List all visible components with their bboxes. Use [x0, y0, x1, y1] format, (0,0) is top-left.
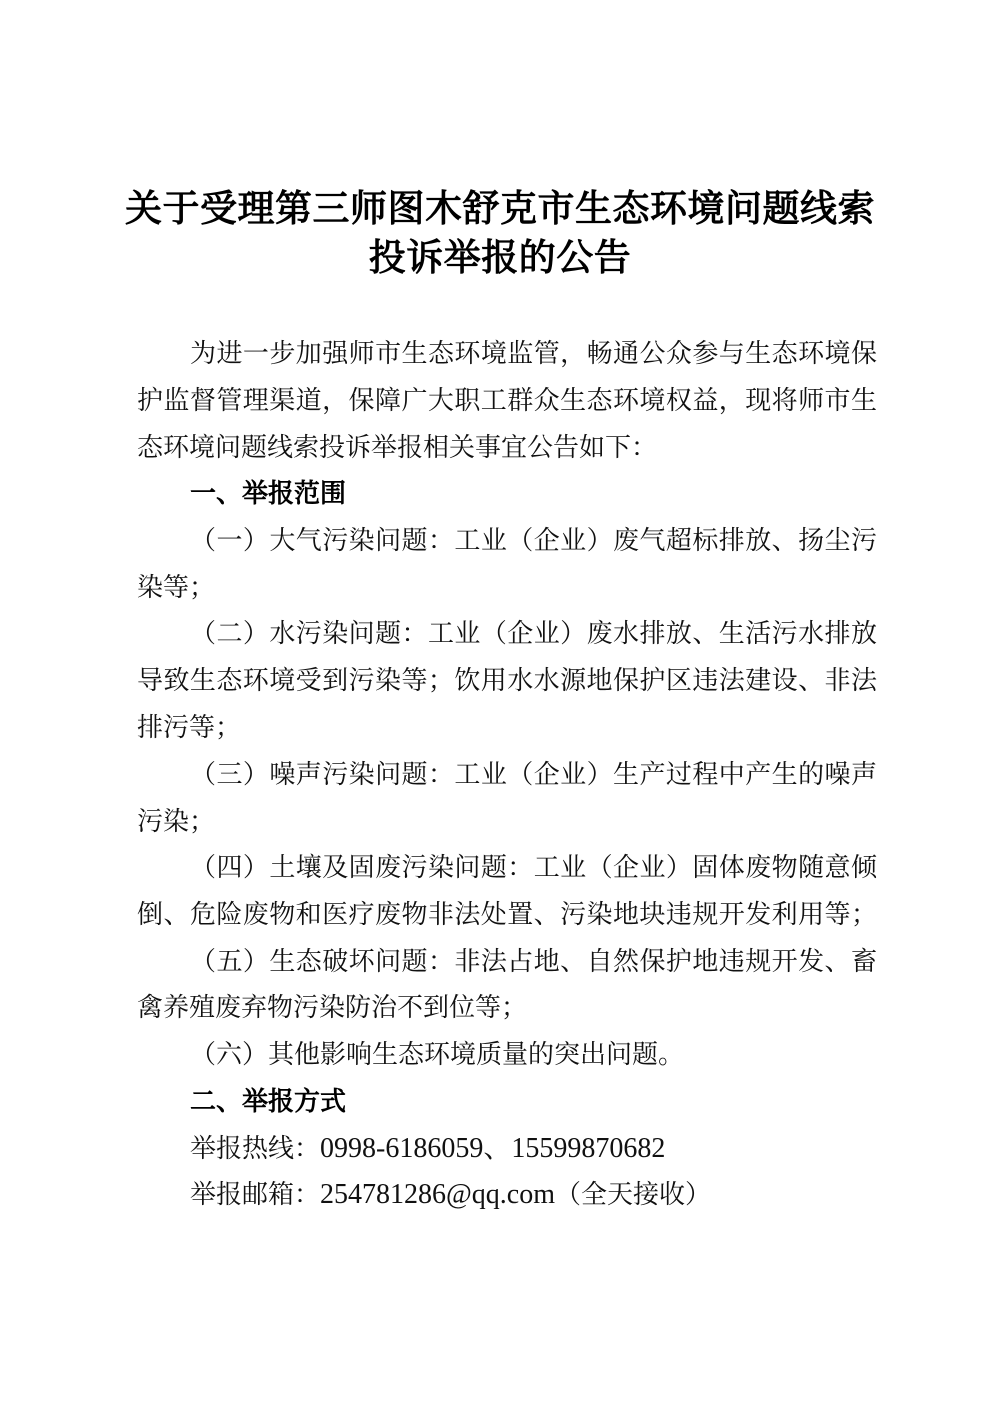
scope-item-3-line-2: 污染； — [137, 804, 877, 840]
document-title-line-1: 关于受理第三师图木舒克市生态环境问题线索 — [0, 183, 1000, 233]
email-note: （全天接收） — [555, 1180, 711, 1210]
intro-paragraph-line-2: 护监督管理渠道，保障广大职工群众生态环境权益，现将师市生 — [137, 383, 877, 419]
scope-item-5-line-1: （五）生态破坏问题：非法占地、自然保护地违规开发、畜 — [190, 944, 877, 980]
scope-item-5-line-2: 禽养殖废弃物污染防治不到位等； — [137, 990, 877, 1026]
hotline-label: 举报热线： — [190, 1134, 320, 1164]
scope-item-2-line-2: 导致生态环境受到污染等；饮用水水源地保护区违法建设、非法 — [137, 663, 877, 699]
intro-paragraph-line-1: 为进一步加强师市生态环境监管，畅通公众参与生态环境保 — [190, 336, 877, 372]
scope-item-3-line-1: （三）噪声污染问题：工业（企业）生产过程中产生的噪声 — [190, 757, 877, 793]
section-heading-scope: 一、举报范围 — [190, 476, 346, 512]
email-row: 举报邮箱：254781286@qq.com（全天接收） — [190, 1177, 711, 1213]
scope-item-4-line-2: 倒、危险废物和医疗废物非法处置、污染地块违规开发利用等； — [137, 897, 877, 933]
scope-item-2-line-1: （二）水污染问题：工业（企业）废水排放、生活污水排放 — [190, 616, 877, 652]
scope-item-1-line-2: 染等； — [137, 570, 877, 606]
hotline-row: 举报热线：0998-6186059、15599870682 — [190, 1131, 665, 1167]
intro-paragraph-line-3: 态环境问题线索投诉举报相关事宜公告如下： — [137, 430, 877, 466]
section-heading-methods: 二、举报方式 — [190, 1084, 346, 1120]
email-label: 举报邮箱： — [190, 1180, 320, 1210]
document-page: 关于受理第三师图木舒克市生态环境问题线索 投诉举报的公告 为进一步加强师市生态环… — [0, 0, 1000, 1414]
scope-item-4-line-1: （四）土壤及固废污染问题：工业（企业）固体废物随意倾 — [190, 850, 877, 886]
scope-item-6-line-1: （六）其他影响生态环境质量的突出问题。 — [190, 1037, 877, 1073]
document-title-line-2: 投诉举报的公告 — [0, 232, 1000, 282]
scope-item-1-line-1: （一）大气污染问题：工业（企业）废气超标排放、扬尘污 — [190, 523, 877, 559]
email-value: 254781286@qq.com — [320, 1179, 555, 1210]
scope-item-2-line-3: 排污等； — [137, 710, 877, 746]
hotline-value: 0998-6186059、15599870682 — [320, 1133, 665, 1164]
